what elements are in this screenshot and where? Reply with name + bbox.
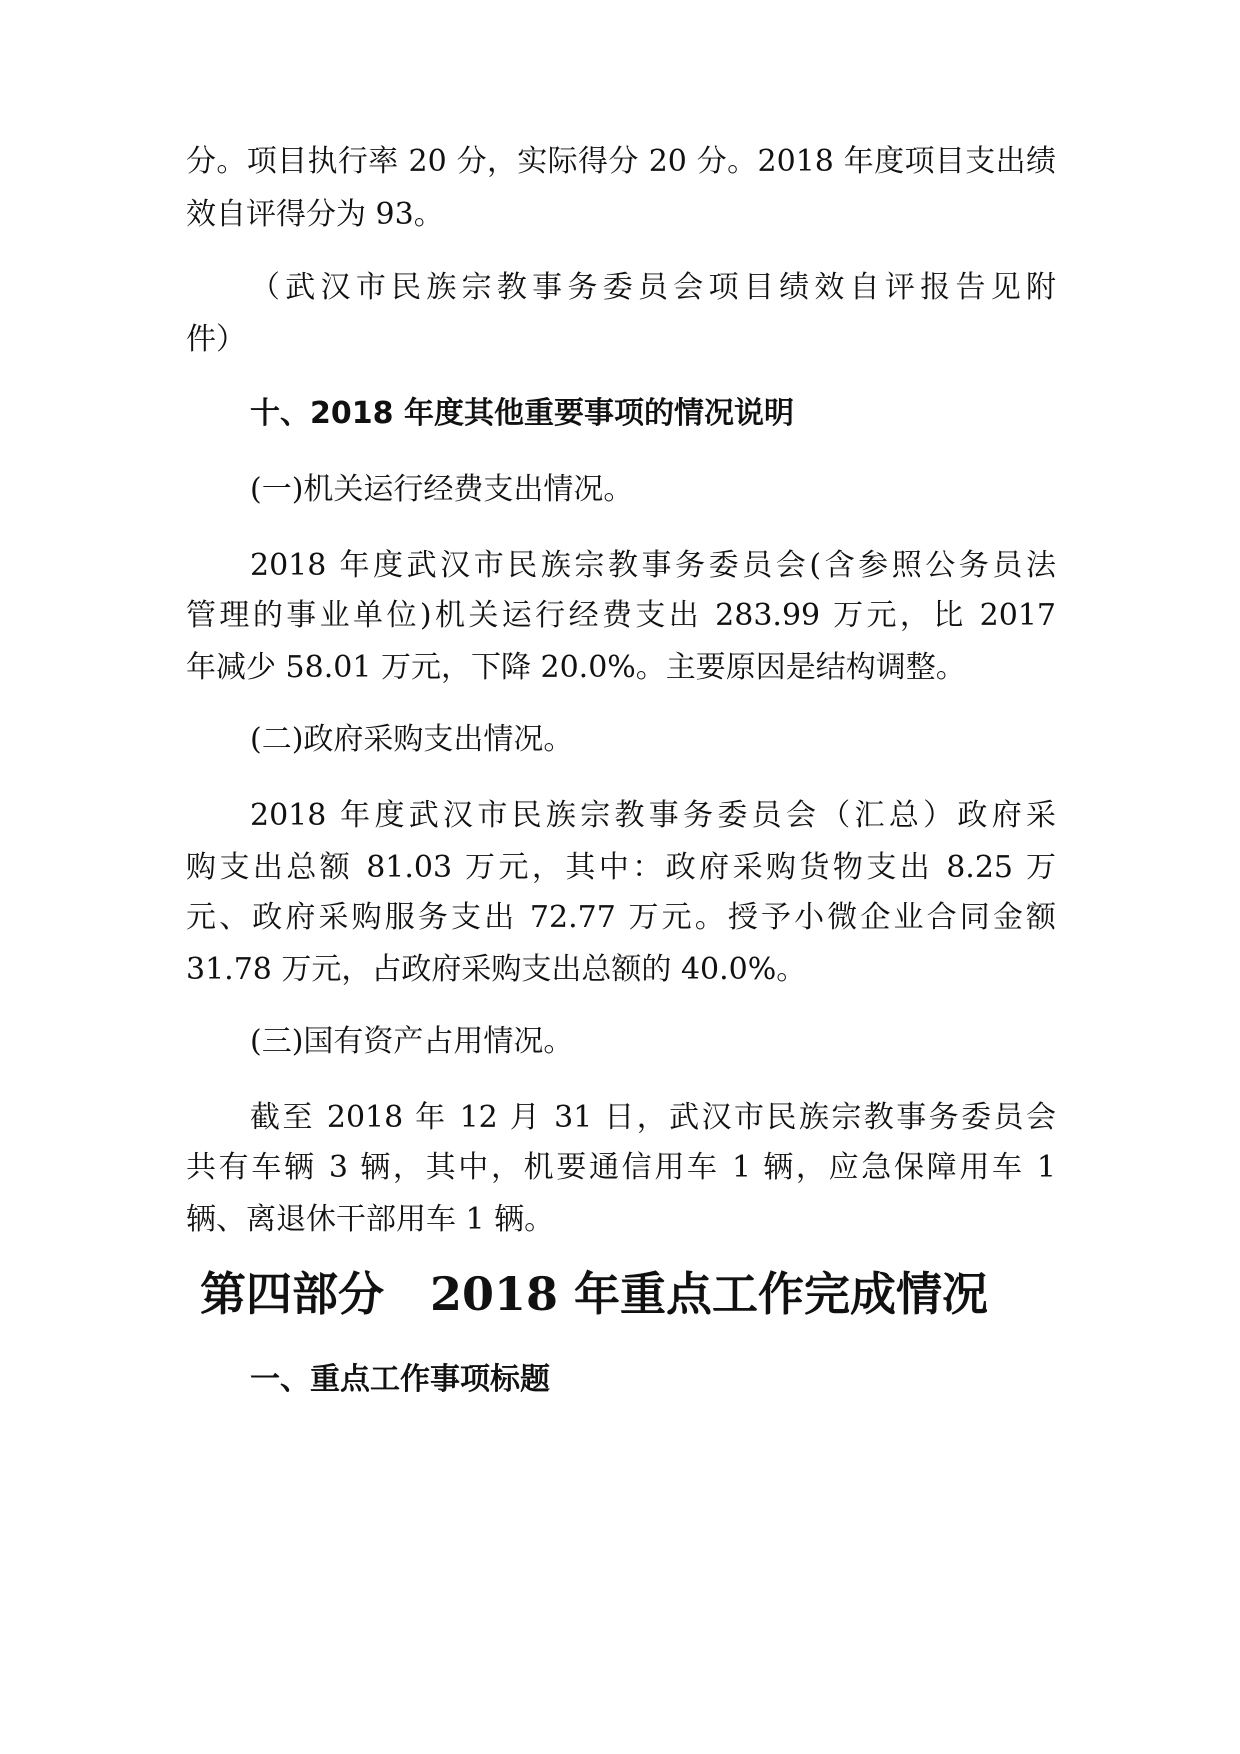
paragraph-line: 2018 年度武汉市民族宗教事务委员会(含参照公务员法	[250, 546, 1056, 586]
subsection-heading: (三)国有资产占用情况。	[250, 1022, 1056, 1062]
subsection-heading: (一)机关运行经费支出情况。	[250, 470, 1056, 510]
attachment-note-line: 件）	[186, 320, 1056, 360]
paragraph-line: 截至 2018 年 12 月 31 日，武汉市民族宗教事务委员会	[250, 1098, 1056, 1138]
paragraph-line: 分。项目执行率 20 分，实际得分 20 分。2018 年度项目支出绩	[186, 142, 1056, 182]
paragraph-line: 效自评得分为 93。	[186, 195, 1056, 235]
part-title: 第四部分2018 年重点工作完成情况	[200, 1266, 988, 1322]
paragraph-line: 管理的事业单位)机关运行经费支出 283.99 万元，比 2017	[186, 596, 1056, 636]
paragraph-line: 购支出总额 81.03 万元，其中：政府采购货物支出 8.25 万	[186, 848, 1056, 888]
document-page: 分。项目执行率 20 分，实际得分 20 分。2018 年度项目支出绩 效自评得…	[0, 0, 1240, 1754]
section-heading: 十、2018 年度其他重要事项的情况说明	[250, 394, 1056, 434]
paragraph-line: 元、政府采购服务支出 72.77 万元。授予小微企业合同金额	[186, 898, 1056, 938]
part-title-main: 2018 年重点工作完成情况	[430, 1267, 988, 1321]
work-item-heading: 一、重点工作事项标题	[250, 1360, 1056, 1400]
paragraph-line: 31.78 万元，占政府采购支出总额的 40.0%。	[186, 950, 1056, 990]
part-title-prefix: 第四部分	[200, 1267, 384, 1321]
paragraph-line: 2018 年度武汉市民族宗教事务委员会（汇总）政府采	[250, 796, 1056, 836]
paragraph-line: 年减少 58.01 万元，下降 20.0%。主要原因是结构调整。	[186, 648, 1056, 688]
subsection-heading: (二)政府采购支出情况。	[250, 720, 1056, 760]
attachment-note-line: （武汉市民族宗教事务委员会项目绩效自评报告见附	[250, 268, 1056, 308]
paragraph-line: 共有车辆 3 辆，其中，机要通信用车 1 辆，应急保障用车 1	[186, 1148, 1056, 1188]
paragraph-line: 辆、离退休干部用车 1 辆。	[186, 1200, 1056, 1240]
